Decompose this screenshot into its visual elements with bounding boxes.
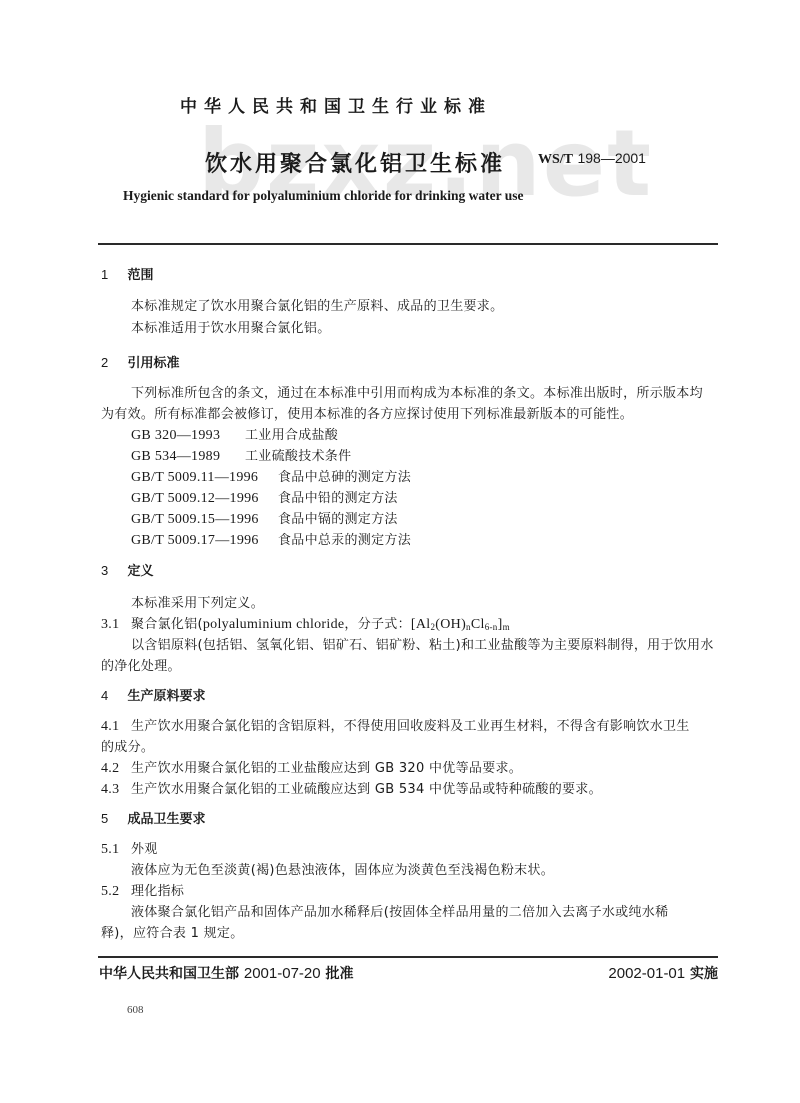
formula-subscript: 6-n	[485, 622, 498, 632]
clause-number: 4.1	[101, 719, 131, 735]
section-title: 引用标准	[128, 356, 180, 371]
issuing-body-header: 中华人民共和国卫生行业标准	[180, 92, 492, 117]
paragraph: 以含铝原料(包括铝、氢氧化铝、铝矿石、铝矿粉、粘土)和工业盐酸等为主要原料制得，…	[131, 634, 714, 653]
clause-4-2: 4.2生产饮水用聚合氯化铝的工业盐酸应达到 GB 320 中优等品要求。	[101, 757, 522, 777]
formula-subscript: m	[503, 622, 510, 632]
term: 聚合氯化铝(	[131, 617, 203, 632]
clause-4-3: 4.3生产饮水用聚合氯化铝的工业硫酸应达到 GB 534 中优等品或特种硫酸的要…	[101, 778, 602, 798]
section-title: 成品卫生要求	[128, 812, 206, 827]
header-divider	[98, 243, 718, 245]
section-number: 4	[101, 688, 123, 703]
effective-date: 2002-01-01	[608, 965, 685, 982]
standard-code-prefix: WS/T	[538, 152, 573, 167]
approval-label: 批准	[325, 966, 353, 982]
term-english: polyaluminium chloride	[203, 617, 345, 632]
reference-code: GB 320—1993	[131, 428, 245, 444]
clause-4-1: 4.1生产饮水用聚合氯化铝的含铝原料，不得使用回收废料及工业再生材料，不得含有影…	[101, 715, 690, 735]
page-number: 608	[127, 1004, 144, 1016]
document-title-en: Hygienic standard for polyaluminium chlo…	[123, 188, 524, 204]
clause-text: 生产饮水用聚合氯化铝的含铝原料，不得使用回收废料及工业再生材料，不得含有影响饮水…	[131, 719, 690, 734]
approval-org: 中华人民共和国卫生部	[99, 966, 239, 982]
reference-title: 食品中总砷的测定方法	[278, 470, 411, 485]
approval-info: 中华人民共和国卫生部 2001-07-20 批准	[99, 963, 353, 983]
standard-code-number: 198—2001	[577, 150, 646, 166]
section-5-heading: 5 成品卫生要求	[101, 808, 206, 827]
paragraph: 液体应为无色至淡黄(褐)色悬浊液体，固体应为淡黄色至浅褐色粉末状。	[131, 859, 554, 878]
paragraph: 释)，应符合表 1 规定。	[101, 922, 244, 941]
reference-title: 食品中总汞的测定方法	[278, 533, 411, 548]
reference-code: GB/T 5009.15—1996	[131, 512, 278, 528]
reference-title: 食品中铅的测定方法	[278, 491, 398, 506]
paragraph: 本标准采用下列定义。	[131, 592, 264, 611]
reference-code: GB/T 5009.17—1996	[131, 533, 278, 549]
paragraph: 液体聚合氯化铝产品和固体产品加水稀释后(按固体全样品用量的二倍加入去离子水或纯水…	[131, 901, 668, 920]
paragraph: 下列标准所包含的条文，通过在本标准中引用而构成为本标准的条文。本标准出版时，所示…	[131, 382, 703, 401]
paragraph: 为有效。所有标准都会被修订，使用本标准的各方应探讨使用下列标准最新版本的可能性。	[101, 403, 633, 422]
reference-title: 工业用合成盐酸	[245, 428, 338, 443]
reference-code: GB/T 5009.11—1996	[131, 470, 278, 486]
reference-code: GB 534—1989	[131, 449, 245, 465]
clause-number: 5.2	[101, 884, 131, 900]
reference-item: GB/T 5009.11—1996食品中总砷的测定方法	[131, 466, 411, 486]
section-3-heading: 3 定义	[101, 560, 154, 579]
clause-number: 4.2	[101, 761, 131, 777]
clause-number: 3.1	[101, 617, 131, 633]
reference-item: GB 320—1993工业用合成盐酸	[131, 424, 338, 444]
clause-title: 外观	[131, 842, 158, 857]
document-page: 中华人民共和国卫生行业标准 饮水用聚合氯化铝卫生标准 WS/T 198—2001…	[0, 0, 800, 1103]
paragraph: 的净化处理。	[101, 655, 181, 674]
clause-title: 理化指标	[131, 884, 184, 899]
section-number: 3	[101, 563, 123, 578]
effective-label: 实施	[690, 966, 718, 982]
formula-part: (OH)	[435, 617, 466, 632]
section-title: 生产原料要求	[128, 689, 206, 704]
formula-part: Cl	[471, 617, 485, 632]
clause-5-1: 5.1外观	[101, 838, 158, 858]
paragraph: 的成分。	[101, 736, 154, 755]
formula-label: ，分子式：	[344, 617, 411, 632]
section-number: 5	[101, 811, 123, 826]
reference-item: GB/T 5009.15—1996食品中镉的测定方法	[131, 508, 398, 528]
reference-item: GB/T 5009.12—1996食品中铅的测定方法	[131, 487, 398, 507]
section-2-heading: 2 引用标准	[101, 352, 180, 371]
reference-item: GB/T 5009.17—1996食品中总汞的测定方法	[131, 529, 411, 549]
section-number: 2	[101, 355, 123, 370]
section-title: 定义	[128, 564, 154, 579]
approval-date: 2001-07-20	[244, 965, 321, 982]
molecular-formula: [Al2(OH)nCl6-n]m	[411, 617, 510, 632]
paragraph: 本标准适用于饮水用聚合氯化铝。	[131, 317, 331, 336]
clause-text: 生产饮水用聚合氯化铝的工业盐酸应达到 GB 320 中优等品要求。	[131, 761, 522, 776]
clause-number: 5.1	[101, 842, 131, 858]
section-1-heading: 1 范围	[101, 264, 154, 283]
formula-part: [Al	[411, 617, 431, 632]
reference-title: 食品中镉的测定方法	[278, 512, 398, 527]
clause-number: 4.3	[101, 782, 131, 798]
standard-code: WS/T 198—2001	[538, 150, 646, 168]
clause-text: 生产饮水用聚合氯化铝的工业硫酸应达到 GB 534 中优等品或特种硫酸的要求。	[131, 782, 602, 797]
reference-item: GB 534—1989工业硫酸技术条件	[131, 445, 351, 465]
reference-title: 工业硫酸技术条件	[245, 449, 351, 464]
paragraph: 本标准规定了饮水用聚合氯化铝的生产原料、成品的卫生要求。	[131, 295, 503, 314]
effective-info: 2002-01-01 实施	[608, 963, 718, 983]
clause-5-2: 5.2理化指标	[101, 880, 184, 900]
section-number: 1	[101, 267, 123, 282]
reference-code: GB/T 5009.12—1996	[131, 491, 278, 507]
document-title-cn: 饮水用聚合氯化铝卫生标准	[205, 147, 505, 178]
section-4-heading: 4 生产原料要求	[101, 685, 206, 704]
section-title: 范围	[128, 268, 154, 283]
clause-3-1: 3.1聚合氯化铝(polyaluminium chloride，分子式：[Al2…	[101, 613, 510, 633]
footer-divider	[98, 956, 718, 958]
